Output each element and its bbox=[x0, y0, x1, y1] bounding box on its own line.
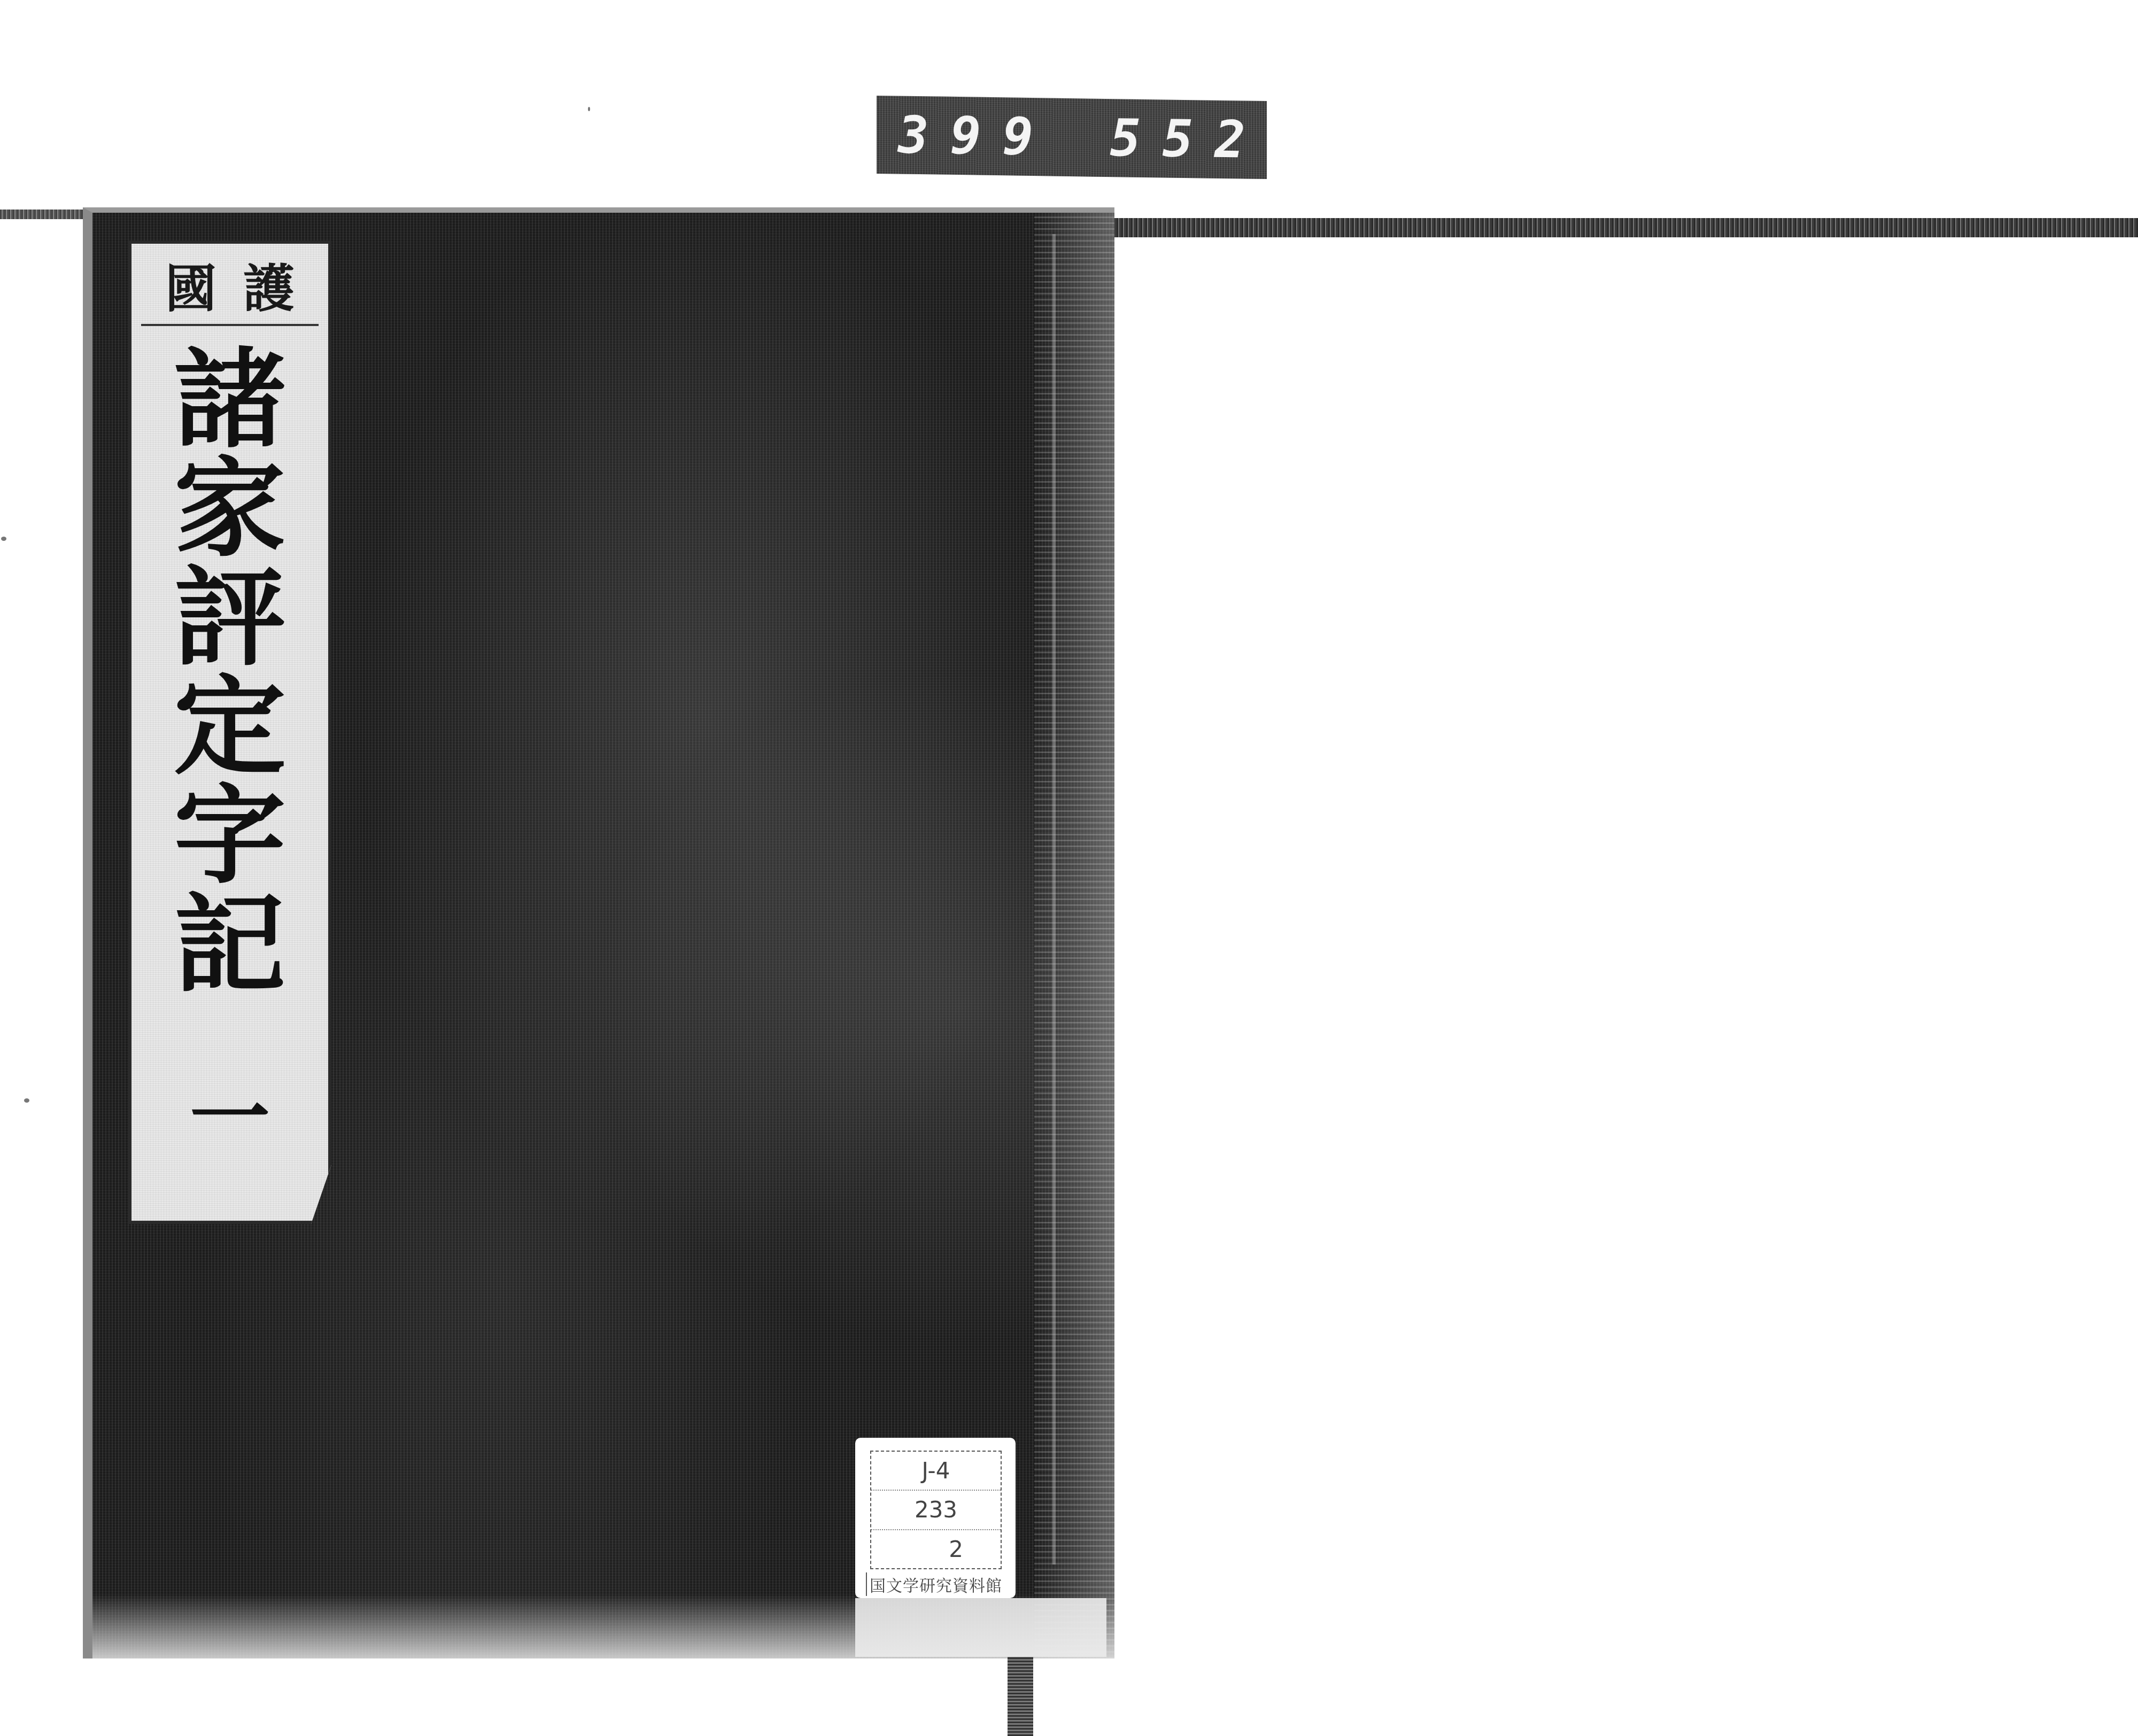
volume-number: 一 bbox=[131, 1078, 328, 1158]
header-char: 護 bbox=[243, 263, 295, 314]
call-number-row: 2 bbox=[871, 1530, 1001, 1568]
call-number-row: 233 bbox=[871, 1491, 1001, 1530]
stray-mark bbox=[1, 537, 6, 541]
title-char: 記 bbox=[174, 890, 286, 999]
call-number-row: J-4 bbox=[871, 1452, 1001, 1491]
title-char: 字 bbox=[174, 781, 286, 890]
call-number-box: J-4 233 2 bbox=[870, 1451, 1002, 1569]
counter-digit: 5 bbox=[1162, 108, 1193, 169]
counter-digit: 9 bbox=[1003, 106, 1034, 167]
counter-digit: 9 bbox=[950, 106, 981, 166]
counter-digit: 2 bbox=[1214, 110, 1245, 170]
book-spine-edge bbox=[1034, 213, 1114, 1658]
title-slip-divider bbox=[141, 324, 319, 326]
title-char: 家 bbox=[174, 454, 286, 563]
film-bar-left bbox=[0, 210, 91, 219]
binding-tab bbox=[1008, 1657, 1033, 1736]
header-char: 國 bbox=[165, 263, 216, 314]
film-bar-right bbox=[1112, 218, 2138, 237]
title-char: 諸 bbox=[174, 345, 286, 454]
title-char: 評 bbox=[174, 563, 286, 672]
title-slip: 護 國 諸 家 評 定 字 記 一 bbox=[128, 241, 331, 1224]
counter-digit: 5 bbox=[1110, 108, 1141, 168]
title-slip-header: 護 國 bbox=[131, 257, 328, 321]
cover-worn-area bbox=[855, 1598, 1106, 1657]
frame-counter-left-group: 3 9 9 bbox=[898, 105, 1033, 167]
frame-counter: 3 9 9 5 5 2 bbox=[877, 96, 1267, 179]
book-title: 諸 家 評 定 字 記 bbox=[131, 345, 328, 999]
counter-digit: 3 bbox=[898, 105, 929, 165]
stray-mark bbox=[588, 107, 590, 111]
frame-counter-right-group: 5 5 2 bbox=[1110, 108, 1245, 170]
library-institution-name: 国文学研究資料館 bbox=[866, 1572, 1005, 1596]
stray-mark bbox=[24, 1098, 29, 1103]
library-call-number-label: J-4 233 2 国文学研究資料館 bbox=[855, 1438, 1016, 1598]
book-spine-line bbox=[1052, 234, 1056, 1564]
title-char: 定 bbox=[174, 672, 286, 781]
